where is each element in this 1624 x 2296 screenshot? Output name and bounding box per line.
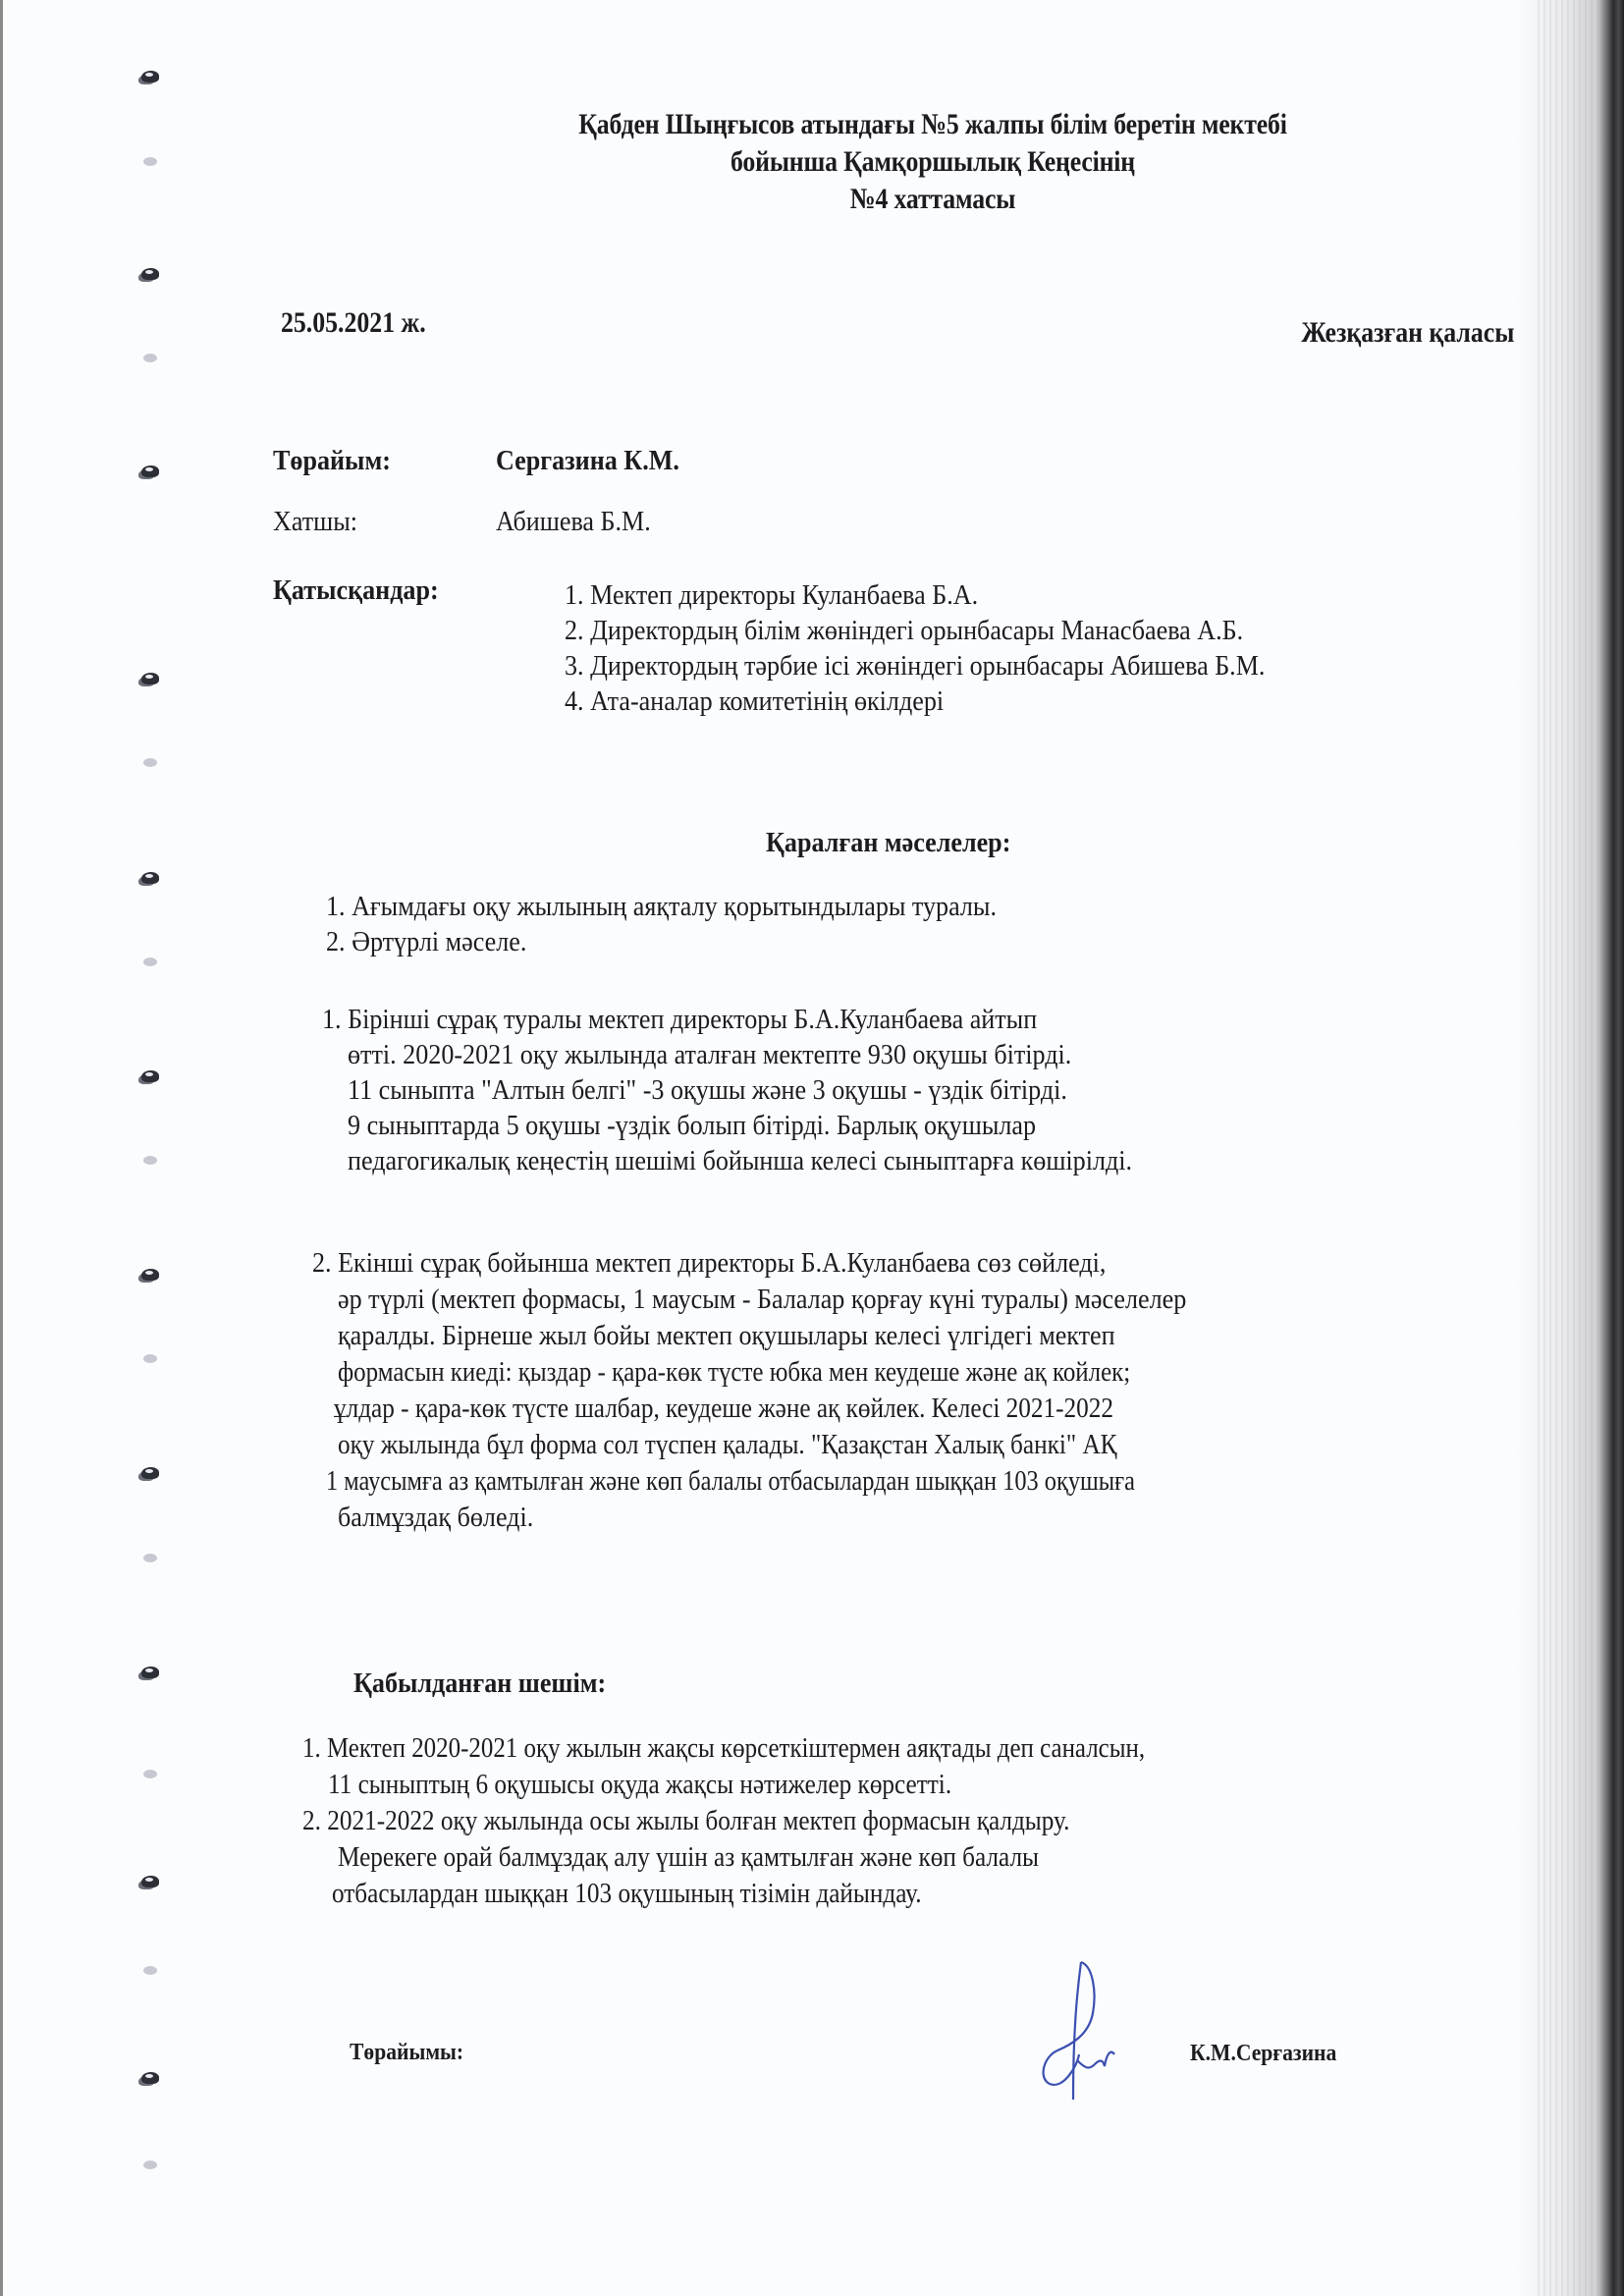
binding-hole-icon	[137, 1964, 161, 1980]
agenda-item: 1. Ағымдағы оқу жылының аяқталу қорытынд…	[326, 889, 1071, 924]
chair-label: Төрайым:	[273, 445, 404, 477]
binding-hole-icon	[137, 1467, 161, 1483]
agenda-item: 2. Әртүрлі мәселе.	[326, 924, 1071, 959]
agenda-heading: Қаралған мәселелер:	[766, 827, 1038, 859]
binding-hole-icon	[137, 1667, 161, 1682]
decision-item: 2. 2021-2022 оқу жылында осы жылы болған…	[302, 1803, 1282, 1839]
participant-item: 4. Ата-аналар комитетінің өкілдері	[565, 683, 1343, 719]
discussion-item-2: 2. Екінші сұрақ бойынша мектеп директоры…	[312, 1245, 1289, 1536]
binding-hole-icon	[137, 1352, 161, 1368]
binding-hole-icon	[137, 155, 161, 171]
binding-hole-icon	[137, 2159, 161, 2174]
title-line: №4 хаттамасы	[468, 181, 1397, 218]
binding-hole-icon	[137, 2072, 161, 2088]
binding-hole-icon	[137, 872, 161, 888]
binding-hole-icon	[137, 268, 161, 284]
binding-hole-icon	[137, 1269, 161, 1285]
secretary-name: Абишева Б.М.	[496, 506, 668, 538]
document-date: 25.05.2021 ж.	[281, 306, 426, 340]
decisions-list: 1. Мектеп 2020-2021 оқу жылын жақсы көрс…	[302, 1730, 1282, 1912]
participant-item: 1. Мектеп директоры Куланбаева Б.А.	[565, 577, 1343, 613]
binding-hole-icon	[137, 756, 161, 772]
binding-hole-icon	[137, 1768, 161, 1783]
binding-hole-icon	[137, 1876, 161, 1891]
signature-label: Төрайымы:	[350, 2040, 476, 2066]
binding-hole-icon	[137, 673, 161, 688]
title-line: Қабден Шыңғысов атындағы №5 жалпы білім …	[468, 106, 1397, 143]
decision-item: 1. Мектеп 2020-2021 оқу жылын жақсы көрс…	[302, 1730, 1282, 1767]
secretary-label: Хатшы:	[273, 506, 367, 538]
scan-left-edge	[0, 0, 3, 2296]
document-title: Қабден Шыңғысов атындағы №5 жалпы білім …	[393, 106, 1473, 218]
scanned-page: Қабден Шыңғысов атындағы №5 жалпы білім …	[0, 0, 1624, 2296]
binding-hole-icon	[137, 1154, 161, 1170]
participant-item: 2. Директордың білім жөніндегі орынбасар…	[565, 613, 1343, 648]
binding-hole-icon	[137, 1070, 161, 1086]
document-city: Жезқазған қаласы	[1301, 316, 1514, 350]
binding-hole-icon	[137, 956, 161, 971]
agenda-list: 1. Ағымдағы оқу жылының аяқталу қорытынд…	[326, 889, 1071, 959]
binding-hole-icon	[137, 1552, 161, 1567]
binding-hole-icon	[137, 352, 161, 367]
handwritten-signature-icon	[1016, 1952, 1154, 2109]
title-line: бойынша Қамқоршылық Кеңесінің	[468, 143, 1397, 181]
binding-hole-icon	[137, 71, 161, 86]
signature-name: К.М.Серғазина	[1190, 2041, 1353, 2067]
scan-right-edge-texture	[1538, 0, 1606, 2296]
chair-name: Сергазина К.М.	[496, 445, 700, 477]
participants-label: Қатысқандар:	[273, 574, 457, 607]
participant-item: 3. Директордың тәрбие ісі жөніндегі орын…	[565, 648, 1343, 683]
binding-hole-icon	[137, 465, 161, 481]
decision-heading: Қабылданған шешім:	[353, 1667, 634, 1700]
discussion-item-1: 1. Бірінші сұрақ туралы мектеп директоры…	[322, 1002, 1219, 1178]
participants-list: 1. Мектеп директоры Куланбаева Б.А. 2. Д…	[565, 577, 1343, 719]
